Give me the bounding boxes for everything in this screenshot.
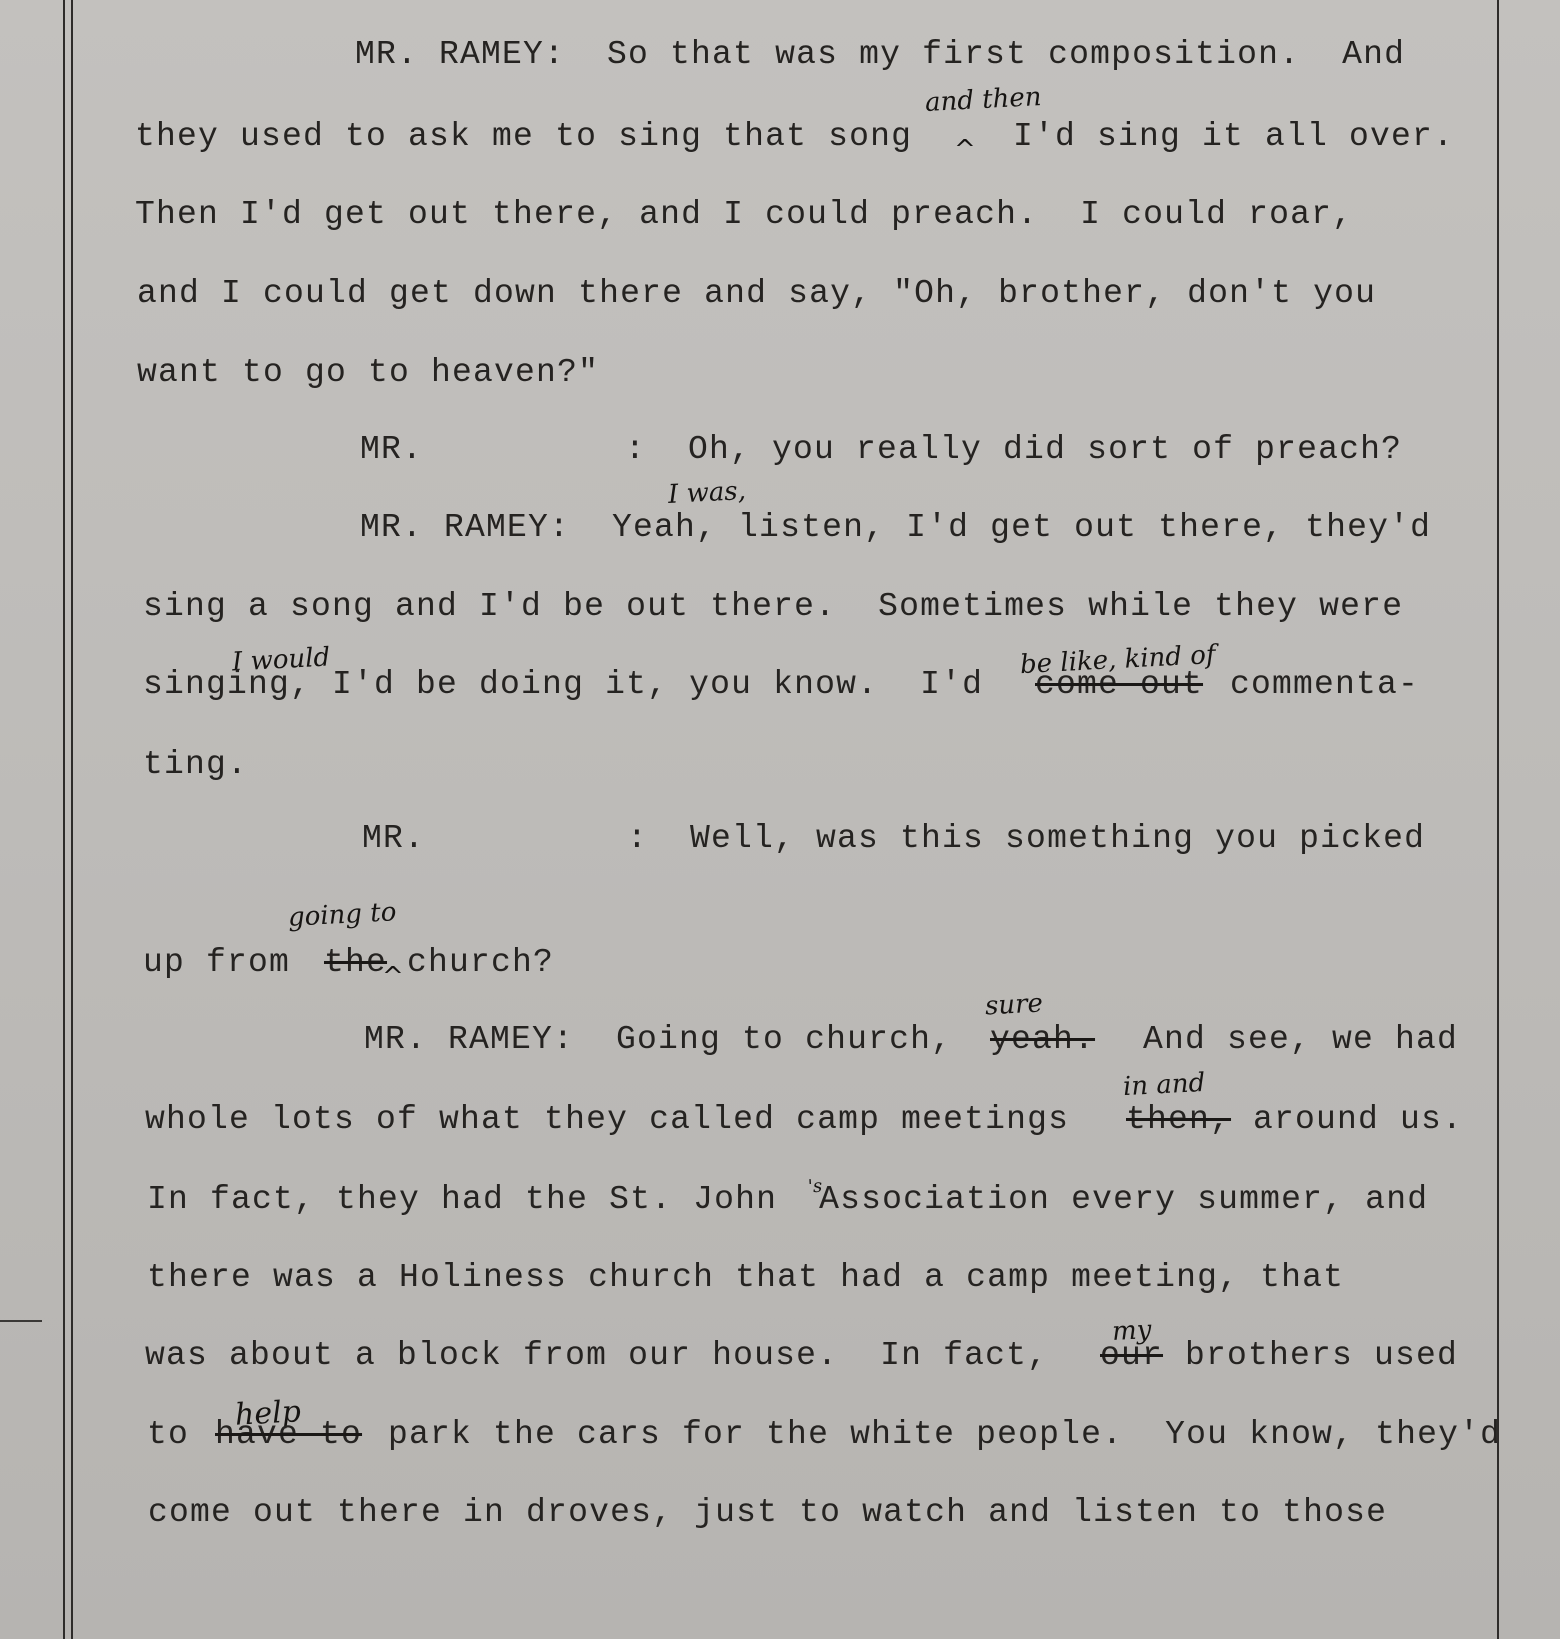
transcript-line: up from <box>143 944 290 981</box>
document-page: MR. RAMEY: So that was my first composit… <box>0 0 1560 1639</box>
transcript-line: MR. RAMEY: So that was my first composit… <box>355 36 1405 73</box>
speaker-label: MR. <box>360 431 423 468</box>
transcript-line: brothers used <box>1185 1337 1458 1374</box>
transcript-line: MR. RAMEY: Yeah, listen, I'd get out the… <box>360 509 1431 546</box>
transcript-line: Then I'd get out there, and I could prea… <box>135 196 1353 233</box>
transcript-line: singing, I'd be doing it, you know. I'd <box>143 666 983 703</box>
insertion-caret-icon: ^ <box>382 962 404 992</box>
transcript-line: come out there in droves, just to watch … <box>148 1494 1387 1531</box>
transcript-line: : Well, was this something you picked <box>627 820 1425 857</box>
transcript-line: : Oh, you really did sort of preach? <box>625 431 1402 468</box>
handwritten-insertion: I was, <box>667 476 746 510</box>
transcript-line: sing a song and I'd be out there. Someti… <box>143 588 1403 625</box>
right-margin-rule <box>1497 0 1499 1639</box>
left-margin-rule-outer <box>63 0 65 1639</box>
transcript-line: around us. <box>1253 1101 1463 1138</box>
left-margin-rule-inner <box>71 0 73 1639</box>
transcript-line: they used to ask me to sing that song <box>135 118 912 155</box>
insertion-caret-icon: ^ <box>954 135 976 165</box>
transcript-line: In fact, they had the St. John Associati… <box>147 1181 1428 1218</box>
transcript-line: there was a Holiness church that had a c… <box>147 1259 1344 1296</box>
transcript-line: want to go to heaven?" <box>137 354 599 391</box>
struck-text: then, <box>1126 1101 1231 1138</box>
transcript-line: commenta- <box>1230 666 1419 703</box>
speaker-label: MR. <box>362 820 425 857</box>
struck-text: have to <box>215 1416 362 1453</box>
struck-text: yeah. <box>990 1021 1095 1058</box>
struck-text: the <box>324 944 387 981</box>
transcript-line: ting. <box>143 746 248 783</box>
transcript-line: And see, we had <box>1143 1021 1458 1058</box>
transcript-line: I'd sing it all over. <box>1013 118 1454 155</box>
transcript-line: park the cars for the white people. You … <box>388 1416 1501 1453</box>
handwritten-replacement: going to <box>287 897 397 933</box>
transcript-line: to <box>147 1416 189 1453</box>
transcript-line: church? <box>407 944 554 981</box>
struck-text: our <box>1100 1337 1163 1374</box>
transcript-line: and I could get down there and say, "Oh,… <box>137 275 1376 312</box>
handwritten-replacement: sure <box>984 989 1043 1022</box>
handwritten-insertion: and then <box>924 82 1042 118</box>
transcript-line: was about a block from our house. In fac… <box>145 1337 1048 1374</box>
transcript-line: whole lots of what they called camp meet… <box>145 1101 1069 1138</box>
handwritten-replacement: in and <box>1122 1068 1206 1102</box>
transcript-line: MR. RAMEY: Going to church, <box>364 1021 952 1058</box>
margin-tick-mark <box>0 1320 42 1322</box>
struck-text: come out <box>1035 666 1203 703</box>
